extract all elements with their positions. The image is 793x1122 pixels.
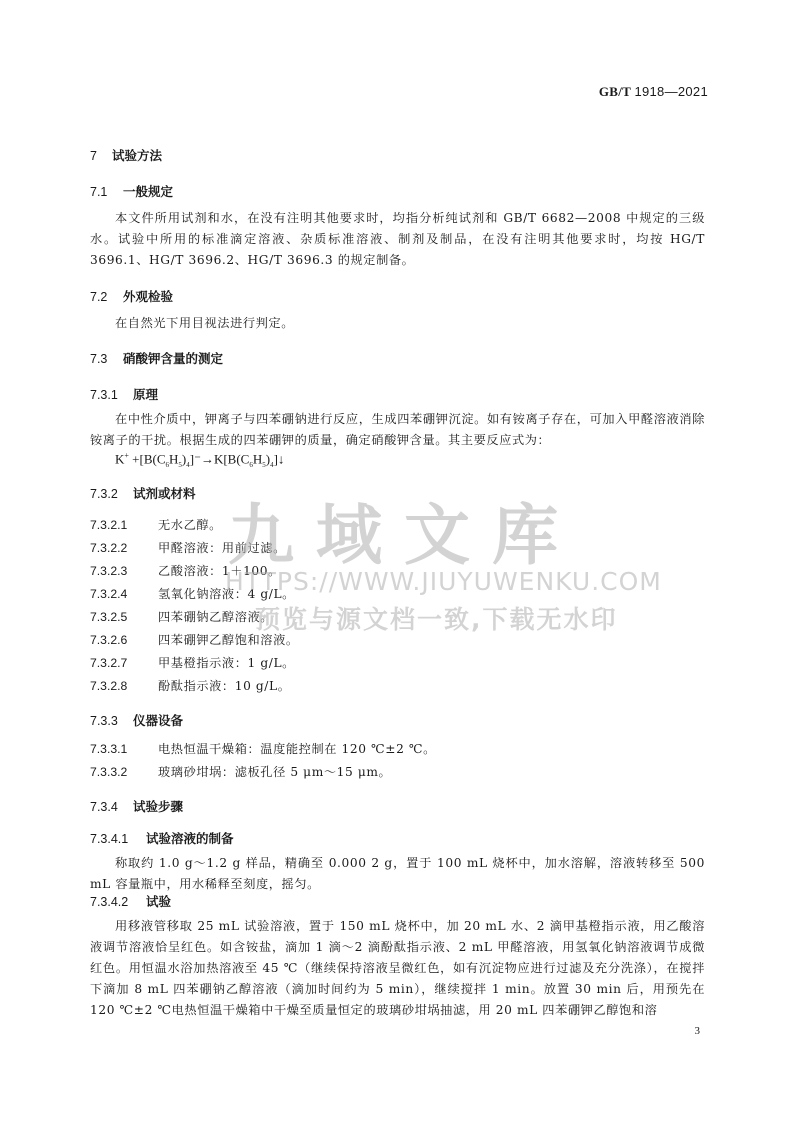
reaction-formula: K+ +[B(C6H5)4]⁻→K[B(C6H5)4]↓ [115,451,284,469]
precipitate-arrow-icon: ↓ [278,451,285,466]
heading-7-3-1: 7.3.1原理 [90,385,158,403]
section-number: 7.3.1 [90,388,133,402]
list-item: 7.3.2.4氢氧化钠溶液：4 g/L。 [90,585,295,602]
list-item: 7.3.2.1无水乙醇。 [90,516,222,533]
heading-7-3: 7.3硝酸钾含量的测定 [90,349,223,367]
heading-7-1: 7.1一般规定 [90,182,173,200]
list-item: 7.3.3.1电热恒温干燥箱：温度能控制在 120 ℃±2 ℃。 [90,740,436,757]
paragraph-7-1: 本文件所用试剂和水，在没有注明其他要求时，均指分析纯试剂和 GB/T 6682—… [90,208,705,271]
section-number: 7 [90,149,112,163]
section-number: 7.3.4.1 [90,832,146,846]
heading-7-3-4-1: 7.3.4.1试验溶液的制备 [90,829,234,847]
list-item: 7.3.2.8酚酞指示液：10 g/L。 [90,677,291,694]
paragraph-7-3-4-2: 用移液管移取 25 mL 试验溶液，置于 150 mL 烧杯中，加 20 mL … [90,916,705,1021]
list-item: 7.3.2.7甲基橙指示液：1 g/L。 [90,654,295,671]
list-item: 7.3.2.5四苯硼钠乙醇溶液。 [90,608,273,625]
watermark-note: 预览与源文档一致,下载无水印 [255,600,618,636]
section-number: 7.3.4.2 [90,895,146,909]
section-number: 7.3.4 [90,800,133,814]
heading-7-3-3: 7.3.3仪器设备 [90,711,183,729]
heading-7-3-4: 7.3.4试验步骤 [90,797,183,815]
section-title: 试验 [146,894,171,909]
list-item: 7.3.3.2玻璃砂坩埚：滤板孔径 5 μm～15 μm。 [90,763,391,780]
section-title: 原理 [133,387,158,402]
list-item: 7.3.2.2甲醛溶液：用前过滤。 [90,539,286,556]
paragraph-7-2: 在自然光下用目视法进行判定。 [90,313,705,334]
list-item: 7.3.2.6四苯硼钾乙醇饱和溶液。 [90,631,299,648]
section-title: 外观检验 [123,289,173,304]
section-number: 7.3 [90,352,123,366]
section-number: 7.3.3 [90,714,133,728]
section-title: 试验步骤 [133,799,183,814]
paragraph-7-3-1: 在中性介质中，钾离子与四苯硼钠进行反应，生成四苯硼钾沉淀。如有铵离子存在，可加入… [90,409,705,451]
heading-7-3-2: 7.3.2试剂或材料 [90,484,196,502]
standard-prefix: GB/T [599,84,631,99]
section-number: 7.1 [90,185,123,199]
section-title: 一般规定 [123,184,173,199]
page-number: 3 [695,1025,701,1037]
heading-7: 7试验方法 [90,146,162,164]
list-item: 7.3.2.3乙酸溶液：1＋100。 [90,562,281,579]
paragraph-7-3-4-1: 称取约 1.0 g～1.2 g 样品，精确至 0.000 2 g，置于 100 … [90,853,705,895]
heading-7-3-4-2: 7.3.4.2试验 [90,892,171,910]
section-title: 试剂或材料 [133,486,196,501]
section-title: 硝酸钾含量的测定 [123,351,223,366]
document-page: GB/T 1918—2021 7试验方法 7.1一般规定 本文件所用试剂和水，在… [0,0,793,1122]
section-number: 7.2 [90,290,123,304]
standard-code: 1918—2021 [634,84,708,99]
section-number: 7.3.2 [90,487,133,501]
standard-number: GB/T 1918—2021 [599,84,708,100]
heading-7-2: 7.2外观检验 [90,287,173,305]
section-title: 仪器设备 [133,713,183,728]
section-title: 试验溶液的制备 [146,831,234,846]
section-title: 试验方法 [112,148,162,163]
